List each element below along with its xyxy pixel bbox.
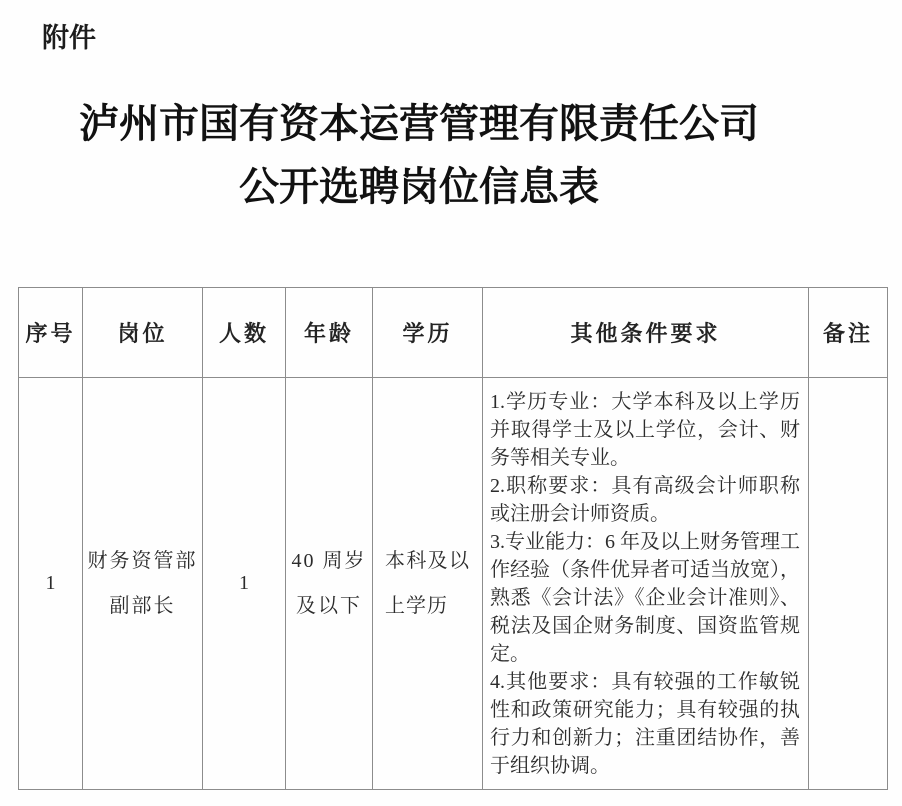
title-line-2: 公开选聘岗位信息表 — [0, 155, 838, 218]
header-remark: 备注 — [809, 288, 888, 378]
header-seq: 序号 — [19, 288, 83, 378]
requirement-item-2: 2.职称要求：具有高级会计师职称或注册会计师资质。 — [490, 472, 800, 528]
header-position: 岗位 — [83, 288, 203, 378]
header-headcount: 人数 — [203, 288, 286, 378]
title-line-1: 泸州市国有资本运营管理有限责任公司 — [0, 92, 838, 155]
job-info-table: 序号 岗位 人数 年龄 学历 其他条件要求 备注 1 财务资管部 副部长 1 4… — [18, 287, 888, 790]
attachment-label: 附件 — [42, 16, 96, 55]
cell-position: 财务资管部 副部长 — [83, 378, 203, 790]
cell-requirements: 1.学历专业：大学本科及以上学历并取得学士及以上学位，会计、财务等相关专业。 2… — [483, 378, 809, 790]
requirement-item-3: 3.专业能力：6 年及以上财务管理工作经验（条件优异者可适当放宽），熟悉《会计法… — [490, 528, 800, 668]
cell-seq: 1 — [19, 378, 83, 790]
cell-remark — [809, 378, 888, 790]
cell-headcount: 1 — [203, 378, 286, 790]
table-row: 1 财务资管部 副部长 1 40 周岁 及以下 本科及以上学历 1.学历专业：大… — [19, 378, 888, 790]
cell-education: 本科及以上学历 — [373, 378, 483, 790]
requirement-item-4: 4.其他要求：具有较强的工作敏锐性和政策研究能力；具有较强的执行力和创新力；注重… — [490, 668, 800, 780]
document-title: 泸州市国有资本运营管理有限责任公司 公开选聘岗位信息表 — [0, 92, 838, 218]
requirement-item-1: 1.学历专业：大学本科及以上学历并取得学士及以上学位，会计、财务等相关专业。 — [490, 388, 800, 472]
header-requirements: 其他条件要求 — [483, 288, 809, 378]
table-header-row: 序号 岗位 人数 年龄 学历 其他条件要求 备注 — [19, 288, 888, 378]
header-education: 学历 — [373, 288, 483, 378]
cell-age: 40 周岁 及以下 — [286, 378, 373, 790]
header-age: 年龄 — [286, 288, 373, 378]
